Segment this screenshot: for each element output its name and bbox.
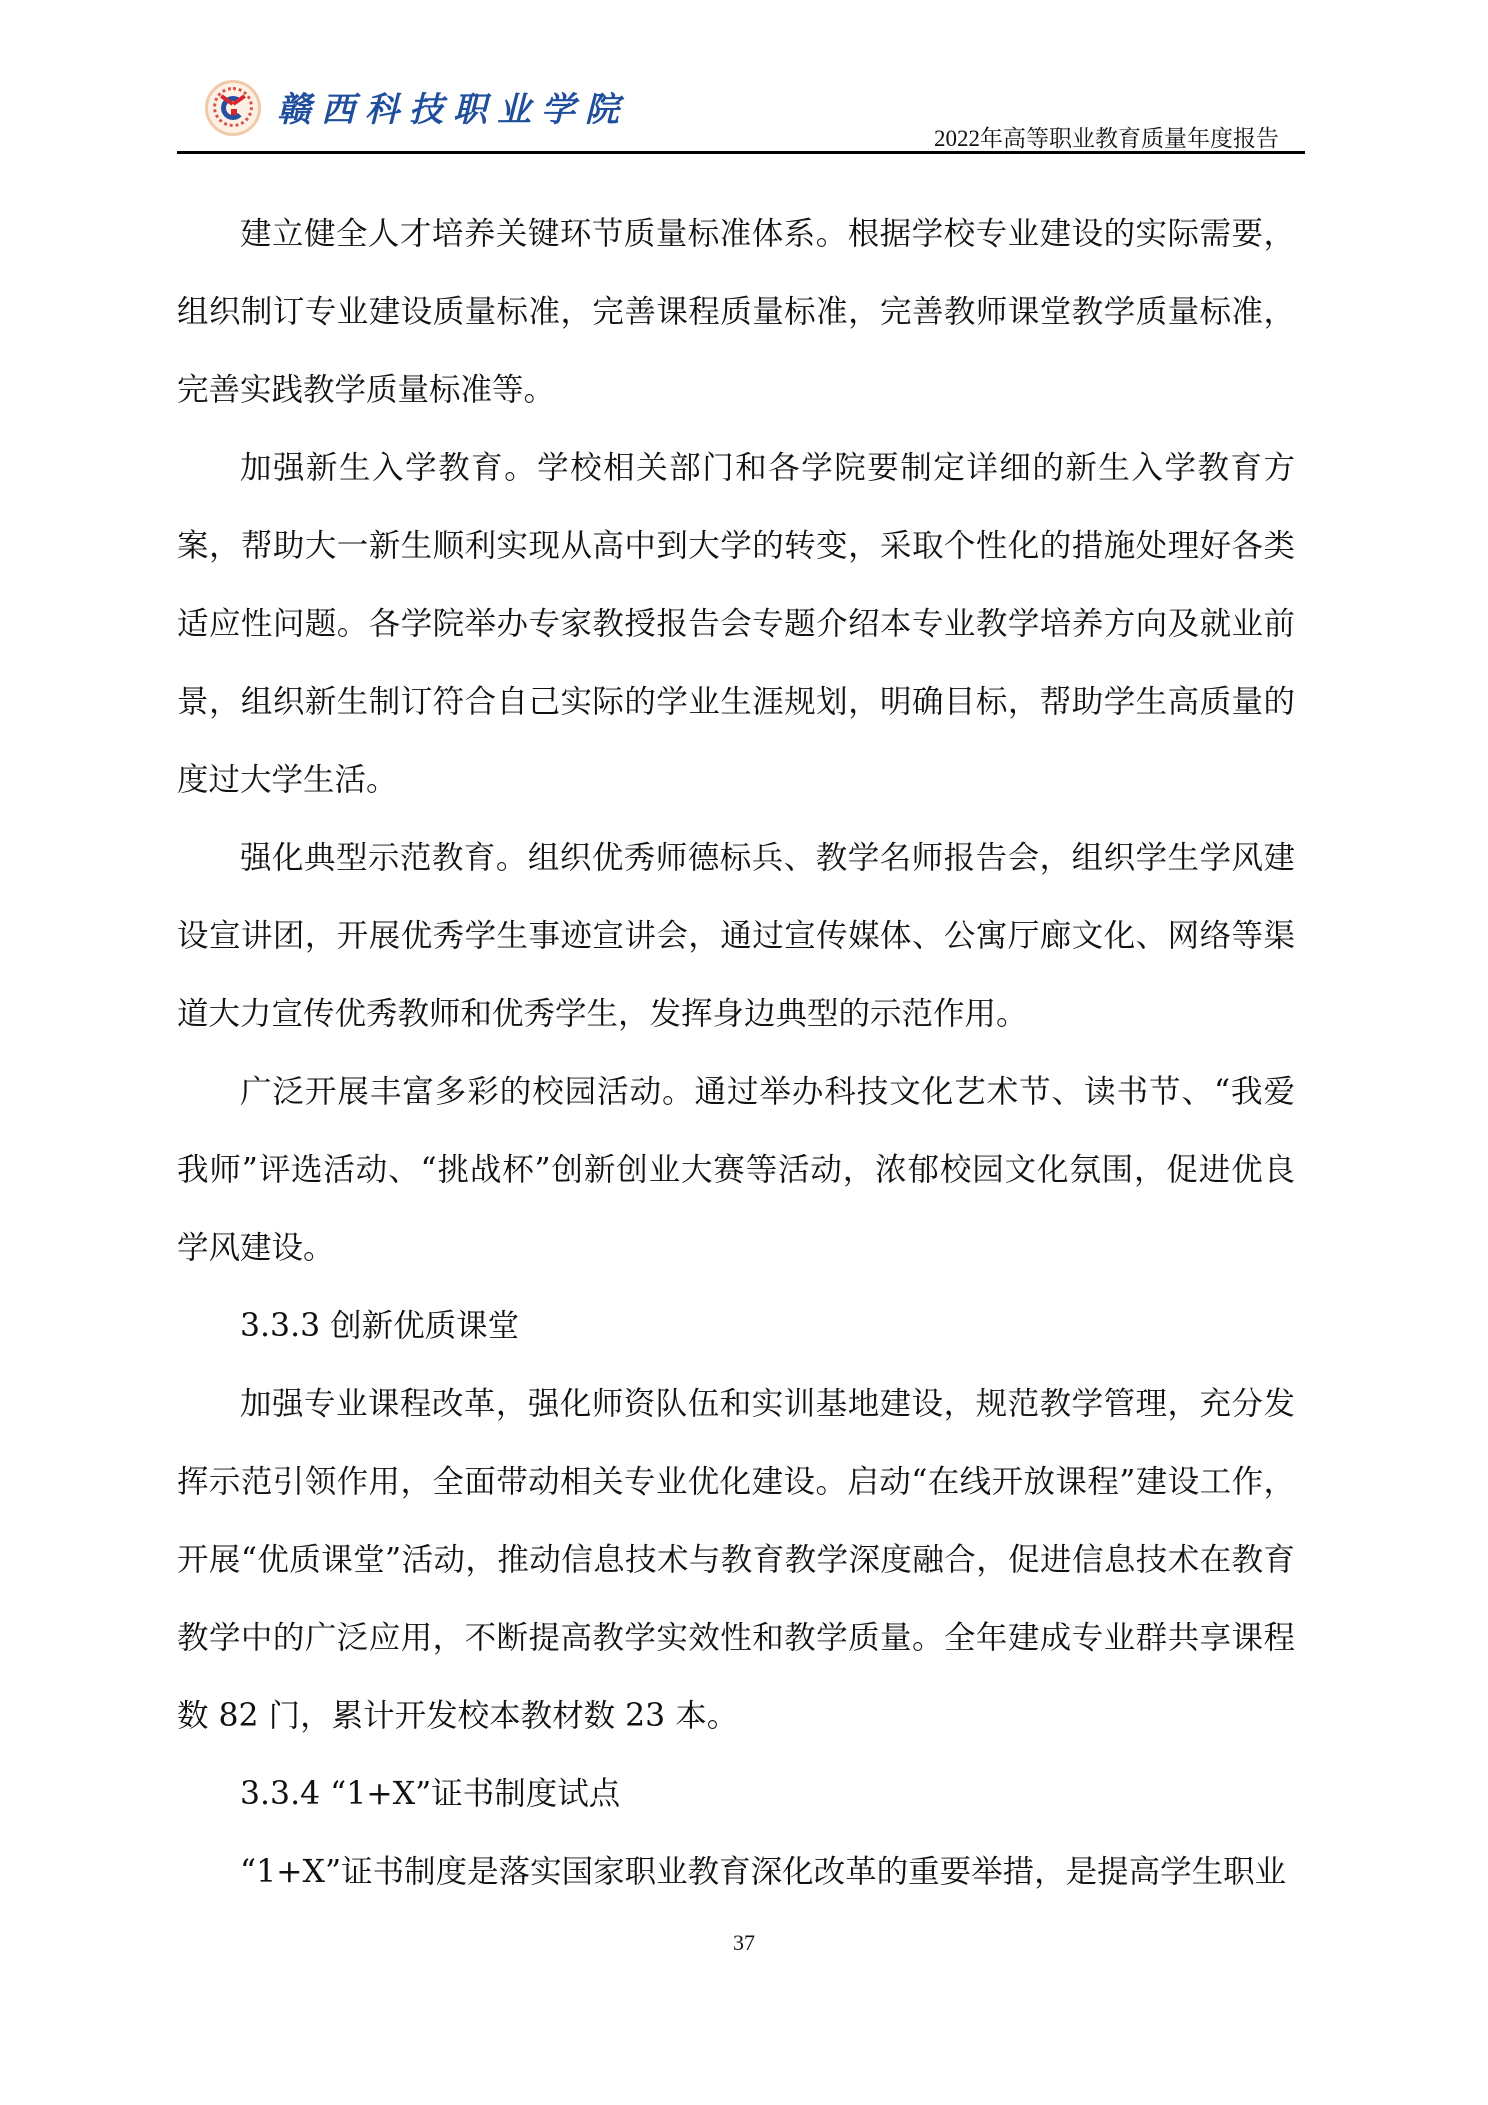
report-title: 2022年高等职业教育质量年度报告	[934, 120, 1279, 153]
paragraph-quality-classroom: 加强专业课程改革，强化师资队伍和实训基地建设，规范教学管理，充分发挥示范引领作用…	[177, 1365, 1295, 1755]
paragraph-freshman-education: 加强新生入学教育。学校相关部门和各学院要制定详细的新生入学教育方案，帮助大一新生…	[177, 429, 1295, 819]
paragraph-campus-activities: 广泛开展丰富多彩的校园活动。通过举办科技文化艺术节、读书节、“我爱我师”评选活动…	[177, 1053, 1295, 1287]
college-emblem-icon	[205, 80, 261, 136]
page-number: 37	[0, 1930, 1488, 1956]
paragraph-quality-standards: 建立健全人才培养关键环节质量标准体系。根据学校专业建设的实际需要，组织制订专业建…	[177, 195, 1295, 429]
section-heading-3-3-4: 3.3.4 “1+X”证书制度试点	[177, 1755, 1295, 1833]
header-divider	[177, 151, 1305, 154]
paragraph-1x-certificate: “1+X”证书制度是落实国家职业教育深化改革的重要举措，是提高学生职业	[177, 1833, 1295, 1911]
paragraph-role-models: 强化典型示范教育。组织优秀师德标兵、教学名师报告会，组织学生学风建设宣讲团，开展…	[177, 819, 1295, 1053]
school-name: 赣西科技职业学院	[277, 82, 629, 131]
section-heading-3-3-3: 3.3.3 创新优质课堂	[177, 1287, 1295, 1365]
page-header: 赣西科技职业学院 2022年高等职业教育质量年度报告	[177, 72, 1305, 154]
document-body: 建立健全人才培养关键环节质量标准体系。根据学校专业建设的实际需要，组织制订专业建…	[177, 195, 1295, 1911]
